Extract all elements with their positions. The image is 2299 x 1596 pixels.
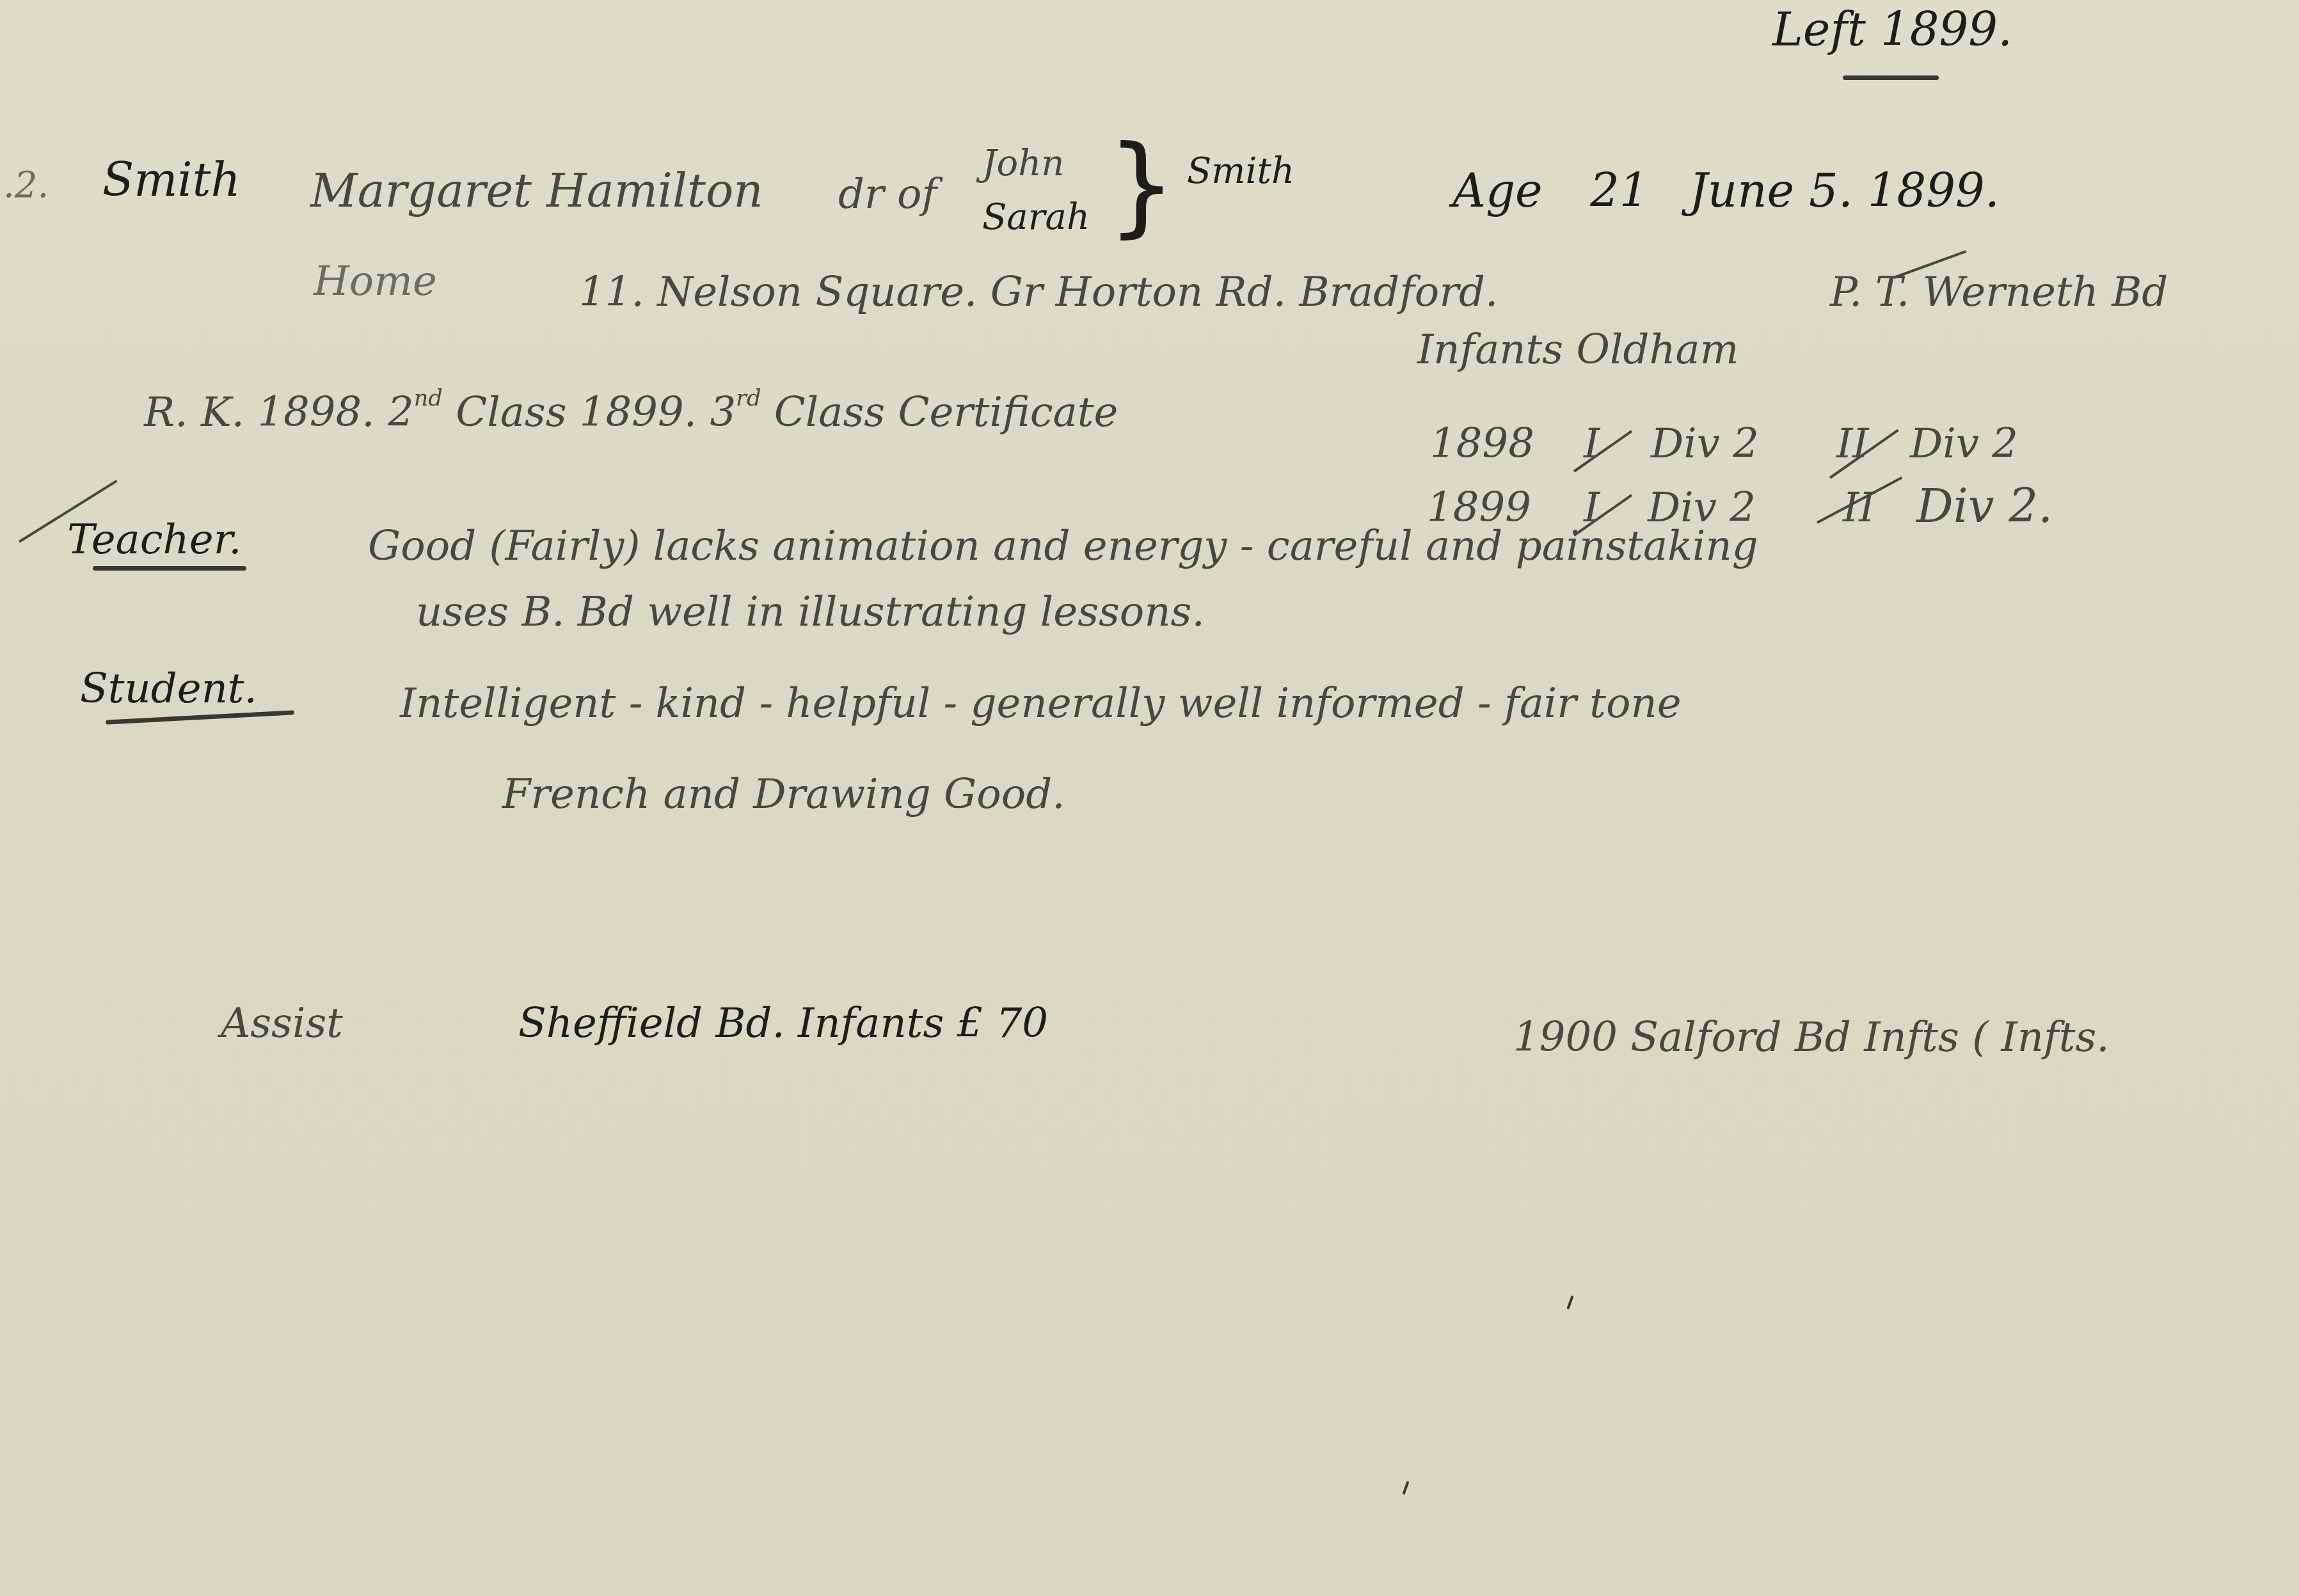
pt-note-line2: Infants Oldham — [1417, 329, 1738, 370]
appointment-post: Sheffield Bd. Infants £ 70 — [518, 1003, 1048, 1044]
parents-surname: Smith — [1187, 154, 1294, 189]
teacher-remarks-line2: uses B. Bd well in illustrating lessons. — [416, 592, 1205, 633]
mother-name: Sarah — [982, 200, 1090, 235]
slash-mark — [1573, 430, 1632, 472]
teacher-label: Teacher. — [67, 519, 242, 560]
student-remarks-line2: French and Drawing Good. — [502, 774, 1065, 815]
result-1898-part2: II — [1836, 423, 1869, 464]
age-label: Age — [1452, 168, 1543, 214]
teacher-label-underline — [93, 566, 246, 571]
result-1899-div2: Div 2. — [1916, 483, 2053, 529]
left-date-note: Left 1899. — [1772, 6, 2012, 52]
surname: Smith — [102, 157, 241, 203]
student-label: Student. — [80, 668, 257, 709]
result-1898-div2: Div 2 — [1910, 423, 2018, 464]
pen-speck — [1566, 1295, 1573, 1309]
father-name: John — [982, 146, 1064, 182]
record-card-page: Left 1899. .2. Smith Margaret Hamilton d… — [0, 0, 2299, 1596]
entry-date: June 5. 1899. — [1689, 168, 2000, 214]
age-value: 21 — [1590, 168, 1649, 214]
appointment-later: 1900 Salford Bd Infts ( Infts. — [1513, 1017, 2110, 1058]
student-remarks-line1: Intelligent - kind - helpful - generally… — [400, 683, 1682, 724]
entry-number: .2. — [3, 168, 49, 203]
result-year-1898: 1898 — [1430, 423, 1534, 464]
left-date-underline — [1843, 75, 1939, 80]
relation: dr of — [838, 174, 937, 215]
pen-speck — [1402, 1481, 1409, 1495]
teacher-remarks-line1: Good (Fairly) lacks animation and energy… — [368, 526, 1758, 567]
given-names: Margaret Hamilton — [310, 168, 763, 214]
result-1898-div1: Div 2 — [1651, 423, 1759, 464]
appointment-label: Assist — [221, 1003, 343, 1044]
home-address: 11. Nelson Square. Gr Horton Rd. Bradfor… — [579, 272, 1498, 313]
parents-brace: } — [1107, 131, 1176, 240]
pt-note-line1: P. T. Werneth Bd — [1830, 272, 2168, 313]
home-label: Home — [314, 261, 437, 302]
exam-history: R. K. 1898. 2nd Class 1899. 3rd Class Ce… — [144, 387, 1118, 433]
